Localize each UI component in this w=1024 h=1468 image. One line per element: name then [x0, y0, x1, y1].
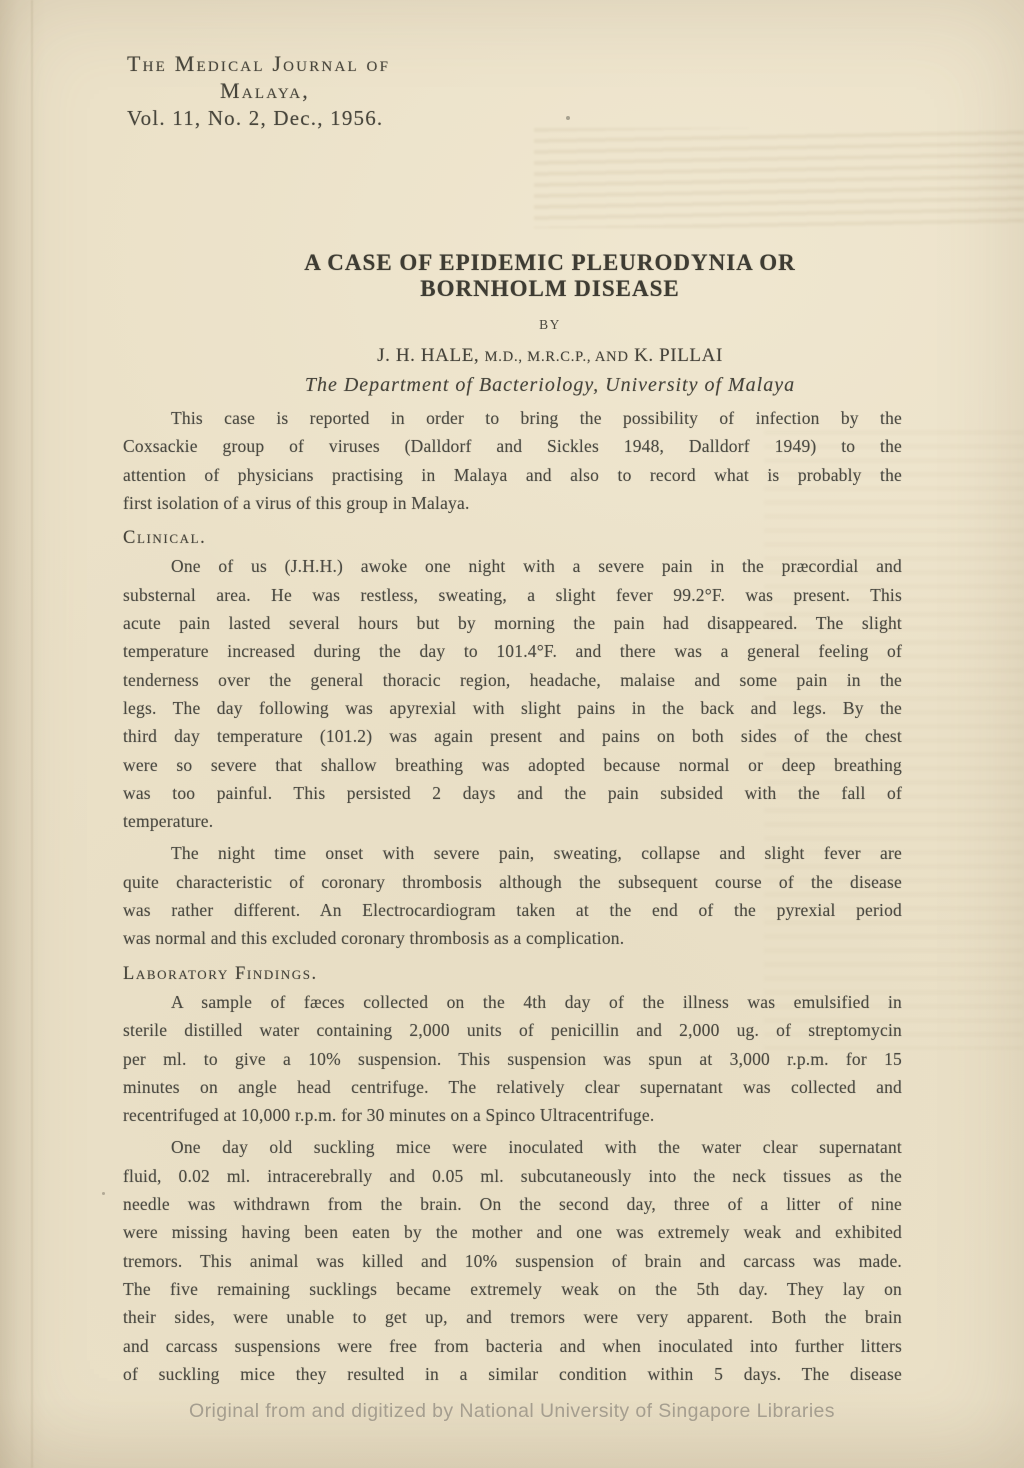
paragraph-line: The five remaining sucklings became extr… — [123, 1275, 902, 1303]
author-credentials: M.D., M.R.C.P., AND — [485, 349, 629, 365]
paragraph-line: quite characteristic of coronary thrombo… — [123, 868, 902, 896]
article-title-line2: BORNHOLM DISEASE — [63, 276, 1024, 302]
paragraph-line: third day temperature (101.2) was again … — [123, 722, 902, 750]
paragraph-line: was too painful. This persisted 2 days a… — [123, 779, 902, 807]
article-heading: A CASE OF EPIDEMIC PLEURODYNIA OR BORNHO… — [63, 250, 1024, 397]
paragraph-line: per ml. to give a 10% suspension. This s… — [123, 1045, 902, 1073]
article-title-line1: A CASE OF EPIDEMIC PLEURODYNIA OR — [63, 250, 1024, 276]
journal-title-line1: The Medical Journal of — [127, 50, 403, 77]
paragraph-line: One day old suckling mice were inoculate… — [123, 1133, 902, 1161]
paragraph-line: were missing having been eaten by the mo… — [123, 1218, 902, 1246]
paragraph-line: minutes on angle head centrifuge. The re… — [123, 1073, 902, 1101]
paragraph-line: was normal and this excluded coronary th… — [123, 924, 902, 952]
paragraph-line: attention of physicians practising in Ma… — [123, 461, 902, 489]
paragraph-line: This case is reported in order to bring … — [123, 404, 902, 432]
paragraph-line: were so severe that shallow breathing wa… — [123, 751, 902, 779]
paragraph-line: recentrifuged at 10,000 r.p.m. for 30 mi… — [123, 1101, 902, 1129]
body-paragraph: This case is reported in order to bring … — [123, 404, 902, 517]
scan-speck — [102, 1192, 105, 1195]
paragraph-line: was rather different. An Electrocardiogr… — [123, 896, 902, 924]
affiliation-line: The Department of Bacteriology, Universi… — [63, 374, 1024, 397]
paragraph-line: A sample of fæces collected on the 4th d… — [123, 988, 902, 1016]
paragraph-line: acute pain lasted several hours but by m… — [123, 609, 902, 637]
paragraph-line: of suckling mice they resulted in a simi… — [123, 1360, 902, 1388]
body-paragraph: The night time onset with severe pain, s… — [123, 839, 902, 952]
paragraph-line: tenderness over the general thoracic reg… — [123, 666, 902, 694]
journal-title-line2: Malaya, — [127, 77, 403, 104]
journal-issue-line: Vol. 11, No. 2, Dec., 1956. — [127, 105, 403, 131]
digitization-credit: Original from and digitized by National … — [0, 1400, 1024, 1423]
article-body: This case is reported in order to bring … — [123, 404, 902, 1388]
section-heading: Clinical. — [123, 524, 902, 552]
body-paragraph: One day old suckling mice were inoculate… — [123, 1133, 902, 1388]
paragraph-line: Coxsackie group of viruses (Dalldorf and… — [123, 432, 902, 460]
paragraph-line: needle was withdrawn from the brain. On … — [123, 1190, 902, 1218]
authors-line: J. H. HALE, M.D., M.R.C.P., AND K. PILLA… — [63, 345, 1024, 367]
paragraph-line: One of us (J.H.H.) awoke one night with … — [123, 552, 902, 580]
author-name-1: J. H. HALE, — [377, 345, 479, 366]
scanned-journal-page: The Medical Journal of Malaya, Vol. 11, … — [0, 0, 1024, 1468]
paragraph-line: legs. The day following was apyrexial wi… — [123, 694, 902, 722]
body-paragraph: One of us (J.H.H.) awoke one night with … — [123, 552, 902, 835]
byline-label: BY — [63, 317, 1024, 333]
paragraph-line: temperature. — [123, 807, 902, 835]
scan-speck — [566, 116, 570, 120]
paragraph-line: tremors. This animal was killed and 10% … — [123, 1247, 902, 1275]
paragraph-line: temperature increased during the day to … — [123, 637, 902, 665]
paragraph-line: first isolation of a virus of this group… — [123, 489, 902, 517]
paragraph-line: The night time onset with severe pain, s… — [123, 839, 902, 867]
journal-header: The Medical Journal of Malaya, Vol. 11, … — [127, 50, 403, 131]
body-paragraph: A sample of fæces collected on the 4th d… — [123, 988, 902, 1129]
author-name-2: K. PILLAI — [634, 345, 723, 366]
section-heading: Laboratory Findings. — [123, 960, 902, 988]
paragraph-line: substernal area. He was restless, sweati… — [123, 581, 902, 609]
paragraph-line: fluid, 0.02 ml. intracerebrally and 0.05… — [123, 1162, 902, 1190]
paragraph-line: and carcass suspensions were free from b… — [123, 1332, 902, 1360]
paragraph-line: sterile distilled water containing 2,000… — [123, 1016, 902, 1044]
paragraph-line: their sides, were unable to get up, and … — [123, 1303, 902, 1331]
